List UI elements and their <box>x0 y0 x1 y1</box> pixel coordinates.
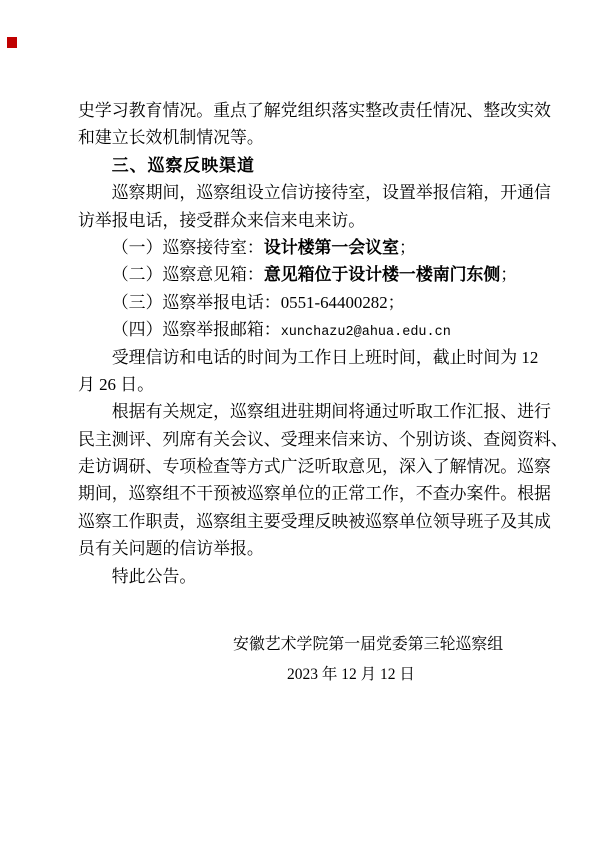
list-item-email: （四）巡察举报邮箱：xunchazu2@ahua.edu.cn <box>78 316 534 343</box>
document-body: 史学习教育情况。重点了解党组织落实整改责任情况、整改实效 和建立长效机制情况等。… <box>78 97 534 590</box>
list-item-hotline: （三）巡察举报电话：0551-64400282； <box>78 289 534 316</box>
list-item-tail: ； <box>388 293 405 312</box>
phone-number: 0551-64400282 <box>281 293 388 312</box>
section-heading: 三、巡察反映渠道 <box>78 152 534 179</box>
list-item-value: 设计楼第一会议室 <box>264 238 399 257</box>
red-marker <box>7 37 17 48</box>
body-line: 员有关问题的信访举报。 <box>78 535 534 562</box>
body-line: 巡察期间，巡察组设立信访接待室，设置举报信箱，开通信 <box>78 179 534 206</box>
signature: 安徽艺术学院第一届党委第三轮巡察组 <box>233 634 503 656</box>
body-line: 走访调研、专项检查等方式广泛听取意见，深入了解情况。巡察 <box>78 453 534 480</box>
body-line: 民主测评、列席有关会议、受理来信来访、个别访谈、查阅资料、 <box>78 426 534 453</box>
closing-line: 特此公告。 <box>78 563 534 590</box>
list-item-suggestion-box: （二）巡察意见箱：意见箱位于设计楼一楼南门东侧； <box>78 261 534 288</box>
body-line: 史学习教育情况。重点了解党组织落实整改责任情况、整改实效 <box>78 97 534 124</box>
list-item-reception-room: （一）巡察接待室：设计楼第一会议室； <box>78 234 534 261</box>
body-line: 访举报电话，接受群众来信来电来访。 <box>78 207 534 234</box>
list-item-label: （一）巡察接待室： <box>112 238 264 257</box>
date: 2023 年 12 月 12 日 <box>287 664 415 686</box>
body-line: 巡察工作职责，巡察组主要受理反映被巡察单位领导班子及其成 <box>78 508 534 535</box>
body-line: 期间，巡察组不干预被巡察单位的正常工作，不查办案件。根据 <box>78 480 534 507</box>
body-line: 月 26 日。 <box>78 371 534 398</box>
body-line: 和建立长效机制情况等。 <box>78 124 534 151</box>
body-line: 根据有关规定，巡察组进驻期间将通过听取工作汇报、进行 <box>78 398 534 425</box>
list-item-label: （三）巡察举报电话： <box>112 293 281 312</box>
list-item-value: 意见箱位于设计楼一楼南门东侧 <box>264 265 500 284</box>
list-item-tail: ； <box>500 265 517 284</box>
email-address: xunchazu2@ahua.edu.cn <box>281 325 451 340</box>
document-page: 史学习教育情况。重点了解党组织落实整改责任情况、整改实效 和建立长效机制情况等。… <box>0 0 595 841</box>
body-line: 受理信访和电话的时间为工作日上班时间，截止时间为 12 <box>78 344 534 371</box>
list-item-tail: ； <box>399 238 416 257</box>
list-item-label: （四）巡察举报邮箱： <box>112 320 281 339</box>
list-item-label: （二）巡察意见箱： <box>112 265 264 284</box>
